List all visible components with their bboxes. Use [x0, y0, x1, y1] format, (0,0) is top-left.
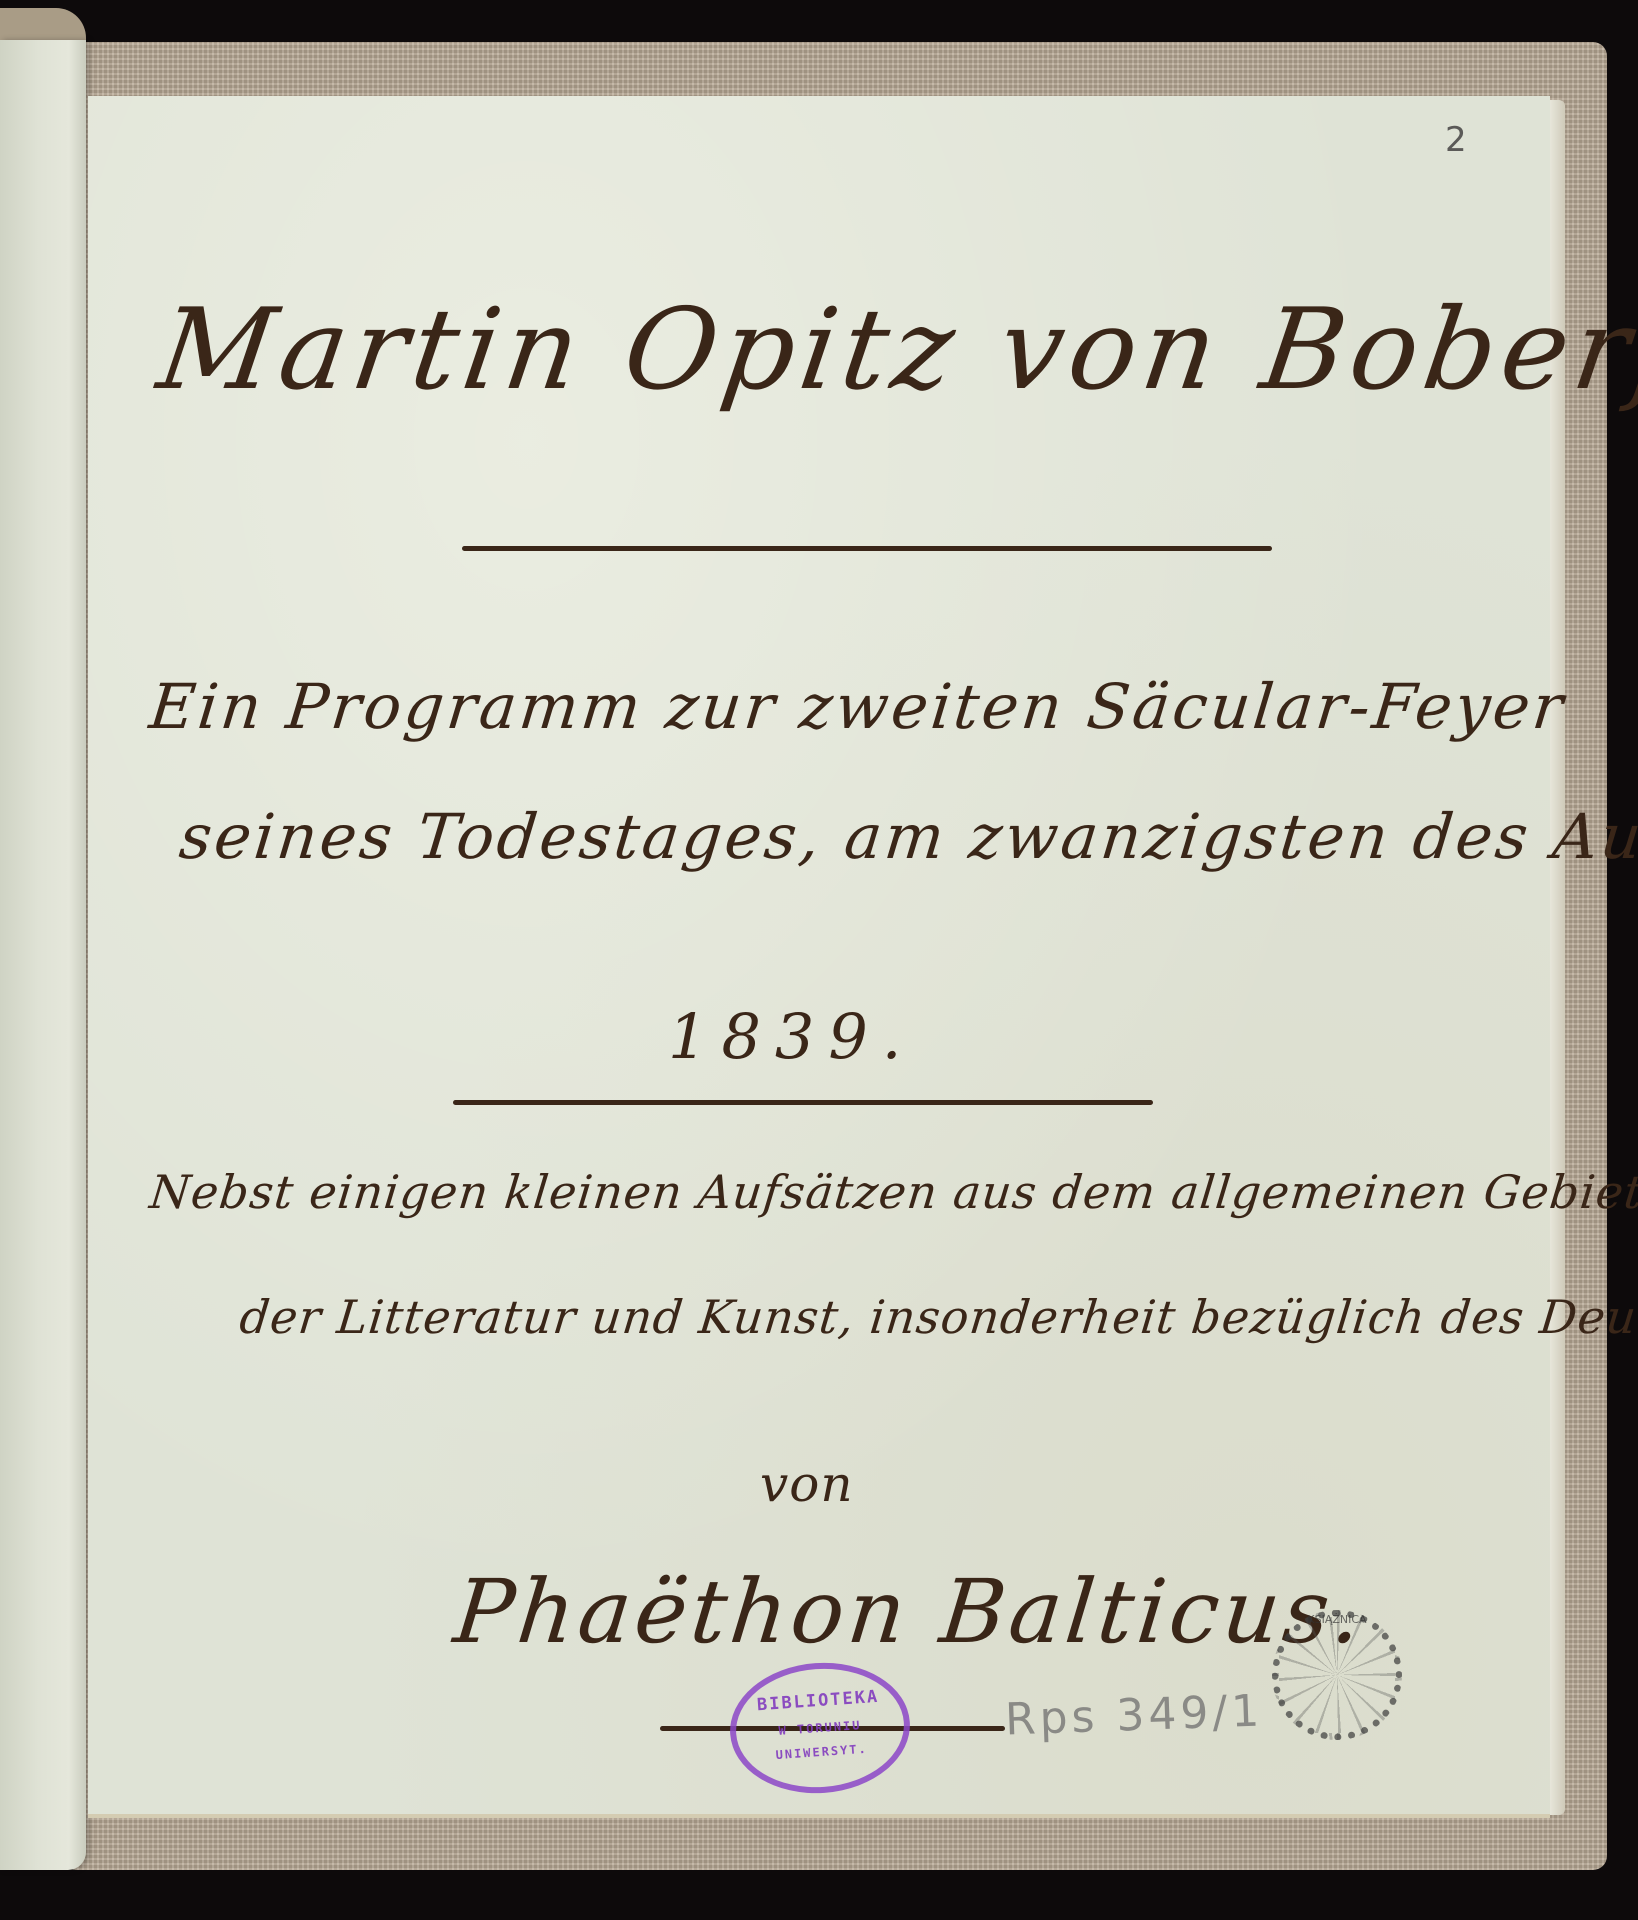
paragraph-line-1: Nebst einigen kleinen Aufsätzen aus dem …	[147, 1165, 1638, 1219]
library-stamp-line-1: BIBLIOTEKA	[734, 1685, 903, 1717]
byline: von	[760, 1455, 854, 1513]
document-title: Martin Opitz von Boberfeld.	[151, 285, 1638, 415]
shelfmark: Rps 349/1	[1004, 1686, 1264, 1746]
title-underline	[462, 546, 1272, 551]
author-name: Phaëthon Balticus.	[450, 1560, 1371, 1663]
paragraph-line-2: der Litteratur und Kunst, insonderheit b…	[237, 1290, 1638, 1344]
library-stamp-line-3: UNIWERSYT.	[737, 1739, 906, 1765]
round-stamp-icon: KSIĄŻNICA	[1272, 1610, 1402, 1740]
left-page-stack	[0, 40, 86, 1870]
round-stamp-text: KSIĄŻNICA	[1279, 1613, 1395, 1626]
library-stamp-line-2: W TORUNIU	[736, 1715, 905, 1741]
subtitle-line-2: seines Todestages, am zwanzigsten des Au…	[176, 800, 1638, 873]
subtitle-line-1: Ein Programm zur zweiten Säcular-Feyer	[146, 670, 1569, 743]
page-number: 2	[1445, 120, 1467, 160]
year: 1839.	[668, 1000, 916, 1073]
year-underline	[453, 1100, 1153, 1105]
